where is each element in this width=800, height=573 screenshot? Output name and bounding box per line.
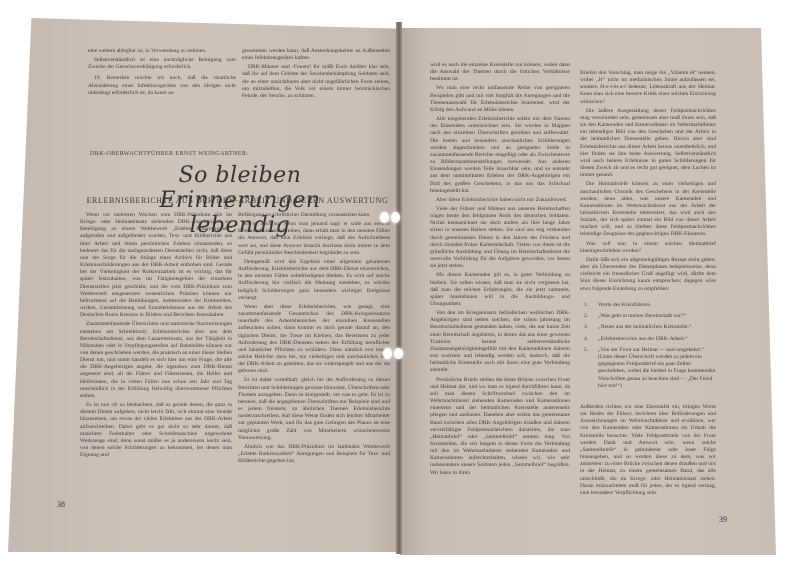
right-column-2-bottom: Außerdem richten wir eine Ehrentafel ein… xyxy=(580,404,716,499)
paragraph: Wo man eine recht umfassende Reihe von g… xyxy=(430,85,570,114)
paragraph: Selbstverständlich ist eine nachträglich… xyxy=(88,57,236,71)
paragraph: Alle eingehenden Erlebnisberichte sollen… xyxy=(430,116,570,195)
paragraph: Aber diese Erlebnisberichte haben nicht … xyxy=(430,197,570,204)
paragraph: Persönliche Briefe stellen die beste Brü… xyxy=(430,377,570,477)
list-item: 1.Worte des Kreisführers. xyxy=(584,302,716,309)
list-item: 3.„Neues aus der heimatlichen Kreisstell… xyxy=(584,324,716,331)
left-column-1: Wenn vor mehreren Wochen vom DRK-Präsidi… xyxy=(80,212,232,461)
left-top-column-1: eine weitere ablegbar ist, in Verwendung… xyxy=(88,48,236,99)
paragraph: genommen werden kann, daß Ansteckungskei… xyxy=(242,48,390,62)
binding-holes-lower xyxy=(383,348,405,360)
section-numeral: II. xyxy=(224,205,229,211)
list-item: 5.„Von der Front zur Heimat — und umgeke… xyxy=(584,347,716,390)
paragraph: Die Heimatbriefe können zu einer vielsei… xyxy=(580,181,716,238)
binding-holes-upper xyxy=(380,212,402,224)
paragraph: Es ist doch so: Wenn man jemand sagt: er… xyxy=(238,221,390,257)
numbered-list: 1.Worte des Kreisführers. 2.„Was geht in… xyxy=(584,302,716,394)
right-column-2: Briefen den Vorschlag, man möge ihn „Vit… xyxy=(580,70,716,295)
paragraph: wird es auch die einzelne Kreisstelle tu… xyxy=(430,62,570,83)
left-column-2: Befähigung zu schriftlicher Darstellung … xyxy=(238,212,390,467)
list-item: 2.„Was geht in meiner Bereitschaft vor?“ xyxy=(584,313,716,320)
right-column-1: wird es auch die einzelne Kreisstelle tu… xyxy=(430,62,570,479)
paragraph: Dafür läßt sich ein allgemeingültiges Re… xyxy=(580,257,716,293)
paragraph: Wenn aber diese Erlebnisberichte, wie ge… xyxy=(238,304,390,376)
paragraph: Es ist daher vorteilhaft, gleich bei der… xyxy=(238,377,390,441)
article-subtitle: ERLEBNISBERICHTE AUS DER DRK-ARBEIT UND … xyxy=(80,196,395,205)
paragraph: Wenn vor mehreren Wochen vom DRK-Präsidi… xyxy=(80,212,232,319)
author-byline: DRK-OBERWACHTFÜHRER ERNST WEINGARTNER: xyxy=(90,150,248,157)
page-number-right: 39 xyxy=(719,515,727,524)
book-gutter xyxy=(396,22,402,554)
paragraph: 19. Bemerken möchte ich noch, daß die rä… xyxy=(88,75,236,96)
list-item: 4.„Erlebnisberichte aus der DRK-Arbeit.“ xyxy=(584,336,716,343)
paragraph: Befähigung zu schriftlicher Darstellung … xyxy=(238,212,390,219)
paragraph: Es ist nun oft zu beobachten, daß es ger… xyxy=(80,402,232,459)
paragraph: Briefen den Vorschlag, man möge ihn „Vit… xyxy=(580,70,716,106)
paragraph: Was soll nun in einem solchen Heimatbrie… xyxy=(580,241,716,255)
paragraph: Außerdem richten wir eine Ehrentafel ein… xyxy=(580,404,716,497)
page-number-left: 38 xyxy=(57,500,65,509)
paragraph: Demgemäß wird das Ergebnis einer allgeme… xyxy=(238,259,390,302)
paragraph: Die äußere Ausgestaltung dieser Feldpost… xyxy=(580,108,716,180)
paragraph: DRK-Männer und -Frauen! Ihr müßt Euch da… xyxy=(242,64,390,100)
paragraph: Zusammenfassende Übersichten und statist… xyxy=(80,321,232,400)
paragraph: eine weitere ablegbar ist, in Verwendung… xyxy=(88,48,236,55)
paragraph: Ähnlich wie das DRK-Präsidium im laufend… xyxy=(238,444,390,465)
left-top-column-2: genommen werden kann, daß Ansteckungskei… xyxy=(242,48,390,102)
paragraph: Von den im Kriegseinsatz befindlichen we… xyxy=(430,310,570,374)
paragraph: Mit diesen Kameraden gilt es, in guter V… xyxy=(430,272,570,308)
paragraph: Viele der Führer und Männer aus unseren … xyxy=(430,206,570,270)
